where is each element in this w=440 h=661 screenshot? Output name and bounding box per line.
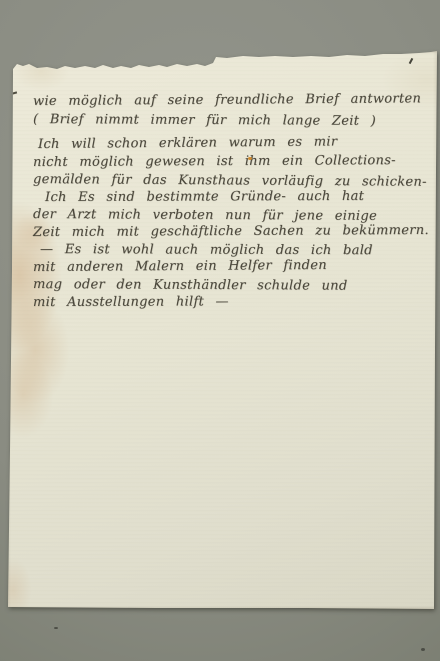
handwriting-line: Ich will schon erklären warum es mir <box>38 133 424 154</box>
handwriting-line: nicht möglich gewesen ist ihm ein Collec… <box>33 151 419 171</box>
pencil-mark <box>409 58 414 64</box>
orange-ink-fleck <box>248 157 252 160</box>
edge-ink-tick <box>12 91 17 94</box>
paper-shadow-wrap: wie möglich auf seine freundliche Brief … <box>0 0 440 661</box>
handwriting-line: wie möglich auf seine freundliche Brief … <box>33 90 419 110</box>
background-speck <box>421 648 425 651</box>
photo-background: wie möglich auf seine freundliche Brief … <box>0 0 440 661</box>
background-speck <box>54 627 58 629</box>
handwriting-line: mit Ausstellungen hilft — <box>33 292 419 311</box>
handwriting-line: ( Brief nimmt immer für mich lange Zeit … <box>33 111 419 131</box>
handwriting-line: Zeit mich mit geschäftliche Sachen zu be… <box>33 221 419 241</box>
letter-page: wie möglich auf seine freundliche Brief … <box>7 50 437 609</box>
handwriting-line: mit anderen Malern ein Helfer finden <box>33 256 419 276</box>
handwriting-block: wie möglich auf seine freundliche Brief … <box>33 93 419 311</box>
handwriting-line: Ich Es sind bestimmte Gründe- auch hat <box>45 187 431 206</box>
